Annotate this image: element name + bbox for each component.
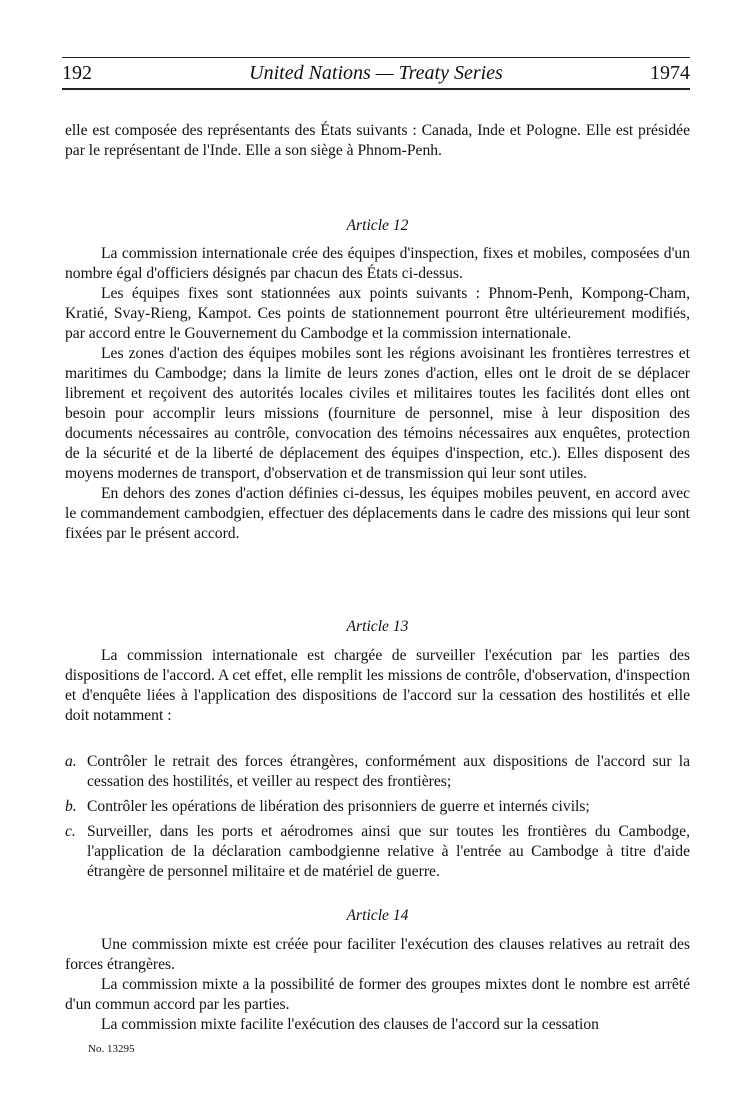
list-item-label: c. xyxy=(65,822,87,882)
publication-year: 1974 xyxy=(650,59,690,87)
list-item: a. Contrôler le retrait des forces étran… xyxy=(65,752,690,792)
article-14-paragraph: La commission mixte facilite l'exécution… xyxy=(65,1015,690,1035)
article-12-paragraph: Les équipes fixes sont stationnées aux p… xyxy=(65,284,690,344)
list-item-text: Contrôler les opérations de libération d… xyxy=(87,797,690,817)
article-12-paragraph: La commission internationale crée des éq… xyxy=(65,244,690,284)
list-item-label: b. xyxy=(65,797,87,817)
series-title: United Nations — Treaty Series xyxy=(62,59,690,87)
article-14-heading: Article 14 xyxy=(65,906,690,926)
list-item: c. Surveiller, dans les ports et aérodro… xyxy=(65,822,690,882)
list-item-text: Surveiller, dans les ports et aérodromes… xyxy=(87,822,690,882)
article-13-body: La commission internationale est chargée… xyxy=(65,646,690,726)
header-rule-top xyxy=(62,57,690,58)
article-14-body: Une commission mixte est créée pour faci… xyxy=(65,935,690,1035)
list-item-text: Contrôler le retrait des forces étrangèr… xyxy=(87,752,690,792)
article-12-body: La commission internationale crée des éq… xyxy=(65,244,690,544)
article-14-paragraph: La commission mixte a la possibilité de … xyxy=(65,975,690,1015)
article-14-paragraph: Une commission mixte est créée pour faci… xyxy=(65,935,690,975)
article-12-paragraph: En dehors des zones d'action définies ci… xyxy=(65,484,690,544)
article-13-heading: Article 13 xyxy=(65,617,690,637)
article-13-list: a. Contrôler le retrait des forces étran… xyxy=(65,752,690,887)
intro-text: elle est composée des représentants des … xyxy=(65,121,690,161)
article-13-paragraph: La commission internationale est chargée… xyxy=(65,646,690,726)
document-number: No. 13295 xyxy=(88,1042,134,1056)
article-12-heading: Article 12 xyxy=(65,216,690,236)
header-rule-bottom xyxy=(62,88,690,90)
list-item-label: a. xyxy=(65,752,87,792)
list-item: b. Contrôler les opérations de libératio… xyxy=(65,797,690,817)
running-header: 192 United Nations — Treaty Series 1974 xyxy=(62,59,690,87)
intro-paragraph: elle est composée des représentants des … xyxy=(65,121,690,161)
article-12-paragraph: Les zones d'action des équipes mobiles s… xyxy=(65,344,690,484)
